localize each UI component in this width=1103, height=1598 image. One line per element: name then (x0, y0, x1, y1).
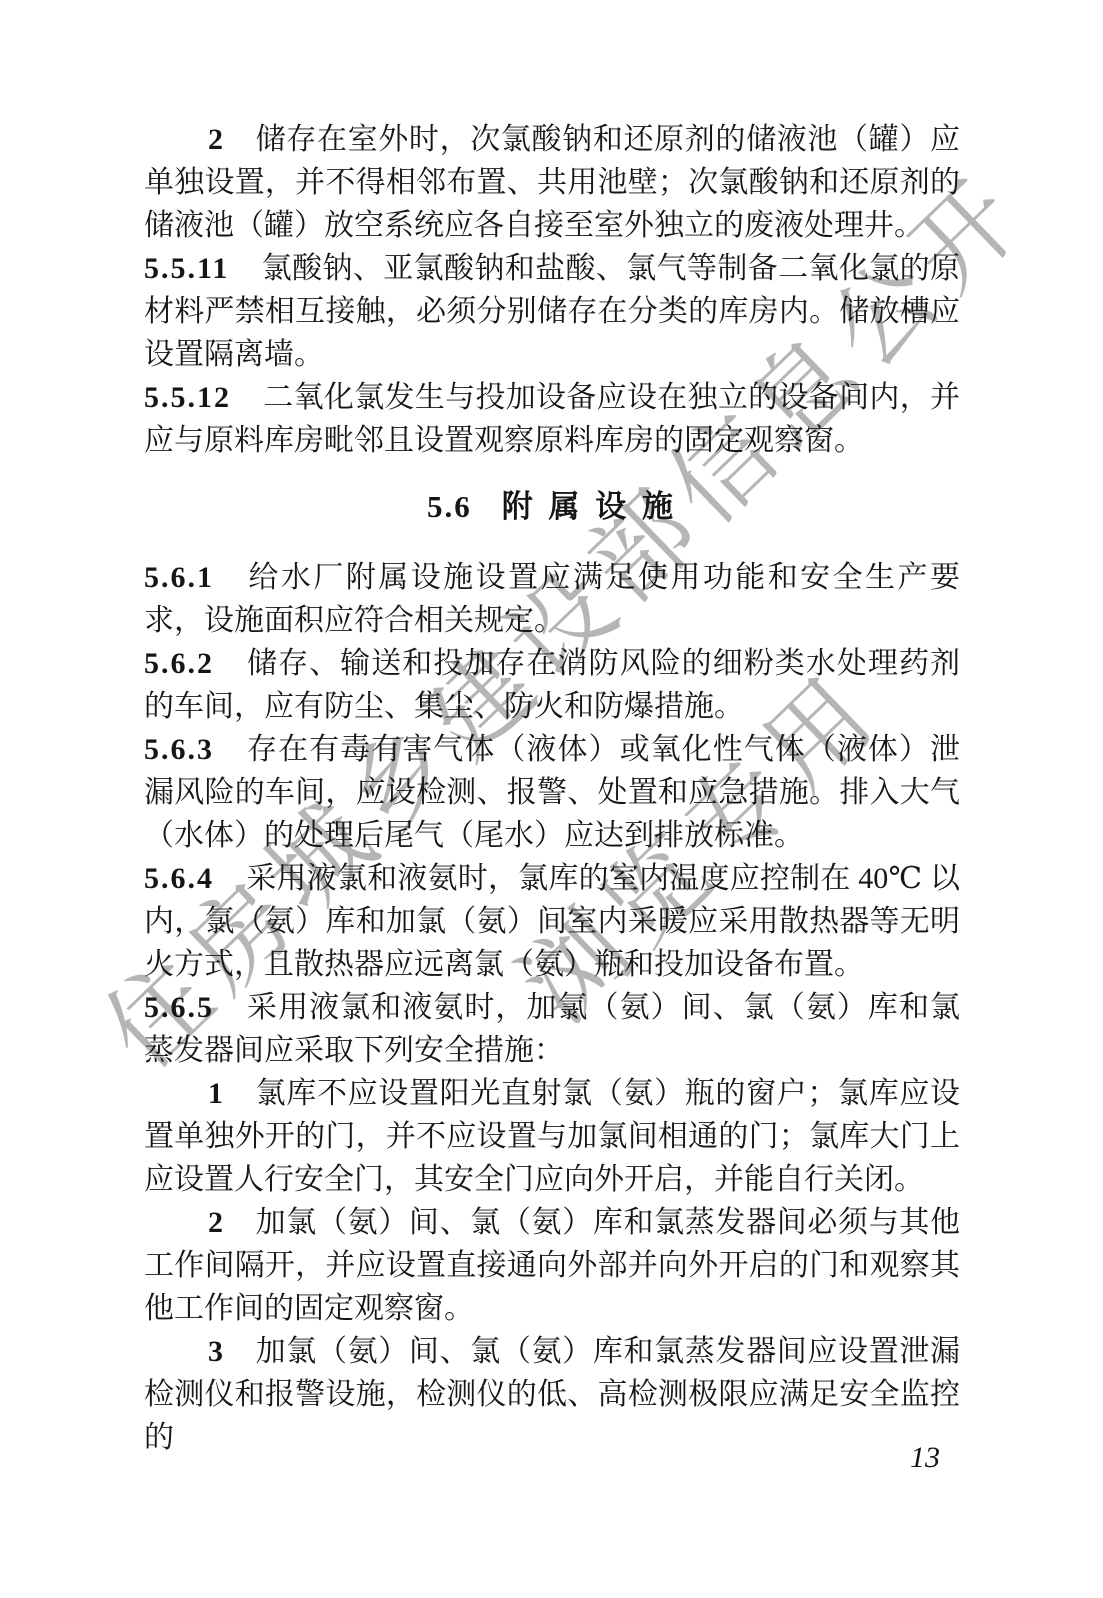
item-text: 采用液氯和液氨时，加氯（氨）间、氯（氨）库和氯蒸发器间应采取下列安全措施： (144, 991, 960, 1067)
clause-paragraph: 5.6.5采用液氯和液氨时，加氯（氨）间、氯（氨）库和氯蒸发器间应采取下列安全措… (144, 986, 960, 1072)
item-number: 5.6.2 (144, 647, 214, 680)
item-number: 5.6.3 (144, 733, 214, 766)
clause-paragraph: 5.5.11氯酸钠、亚氯酸钠和盐酸、氯气等制备二氧化氯的原材料严禁相互接触，必须… (144, 247, 960, 376)
text-block: 2储存在室外时，次氯酸钠和还原剂的储液池（罐）应单独设置，并不得相邻布置、共用池… (144, 118, 960, 1459)
list-item-paragraph: 3加氯（氨）间、氯（氨）库和氯蒸发器间应设置泄漏检测仪和报警设施，检测仪的低、高… (144, 1330, 960, 1459)
page-number: 13 (910, 1441, 940, 1475)
item-number: 2 (208, 1206, 223, 1239)
item-text: 氯酸钠、亚氯酸钠和盐酸、氯气等制备二氧化氯的原材料严禁相互接触，必须分别储存在分… (144, 252, 960, 371)
section-heading: 5.6附 属 设 施 (144, 485, 960, 528)
item-text: 存在有毒有害气体（液体）或氧化性气体（液体）泄漏风险的车间，应设检测、报警、处置… (144, 733, 960, 852)
item-number: 5.6.5 (144, 991, 214, 1024)
item-text: 储存在室外时，次氯酸钠和还原剂的储液池（罐）应单独设置，并不得相邻布置、共用池壁… (144, 123, 960, 242)
item-number: 5.6.1 (144, 561, 214, 594)
clause-paragraph: 5.6.4采用液氯和液氨时，氯库的室内温度应控制在 40℃ 以内，氯（氨）库和加… (144, 857, 960, 986)
item-text: 加氯（氨）间、氯（氨）库和氯蒸发器间必须与其他工作间隔开，并应设置直接通向外部并… (144, 1206, 960, 1325)
item-text: 给水厂附属设施设置应满足使用功能和安全生产要求，设施面积应符合相关规定。 (144, 561, 960, 637)
clause-paragraph: 5.6.3存在有毒有害气体（液体）或氧化性气体（液体）泄漏风险的车间，应设检测、… (144, 728, 960, 857)
item-text: 二氧化氯发生与投加设备应设在独立的设备间内，并应与原料库房毗邻且设置观察原料库房… (144, 381, 960, 457)
item-number: 5.5.11 (144, 252, 229, 285)
item-number: 3 (208, 1335, 223, 1368)
clause-paragraph: 5.6.1给水厂附属设施设置应满足使用功能和安全生产要求，设施面积应符合相关规定… (144, 556, 960, 642)
list-item-paragraph: 2加氯（氨）间、氯（氨）库和氯蒸发器间必须与其他工作间隔开，并应设置直接通向外部… (144, 1201, 960, 1330)
section-heading-title: 附 属 设 施 (502, 489, 677, 524)
clause-paragraph: 5.5.12二氧化氯发生与投加设备应设在独立的设备间内，并应与原料库房毗邻且设置… (144, 376, 960, 462)
list-item-paragraph: 1氯库不应设置阳光直射氯（氨）瓶的窗户；氯库应设置单独外开的门，并不应设置与加氯… (144, 1072, 960, 1201)
list-item-paragraph: 2储存在室外时，次氯酸钠和还原剂的储液池（罐）应单独设置，并不得相邻布置、共用池… (144, 118, 960, 247)
clause-paragraph: 5.6.2储存、输送和投加存在消防风险的细粉类水处理药剂的车间，应有防尘、集尘、… (144, 642, 960, 728)
document-page: 住房城乡建设部信息公开 浏览专用 2储存在室外时，次氯酸钠和还原剂的储液池（罐）… (0, 0, 1103, 1598)
item-number: 2 (208, 123, 223, 156)
item-text: 氯库不应设置阳光直射氯（氨）瓶的窗户；氯库应设置单独外开的门，并不应设置与加氯间… (144, 1077, 960, 1196)
item-text: 储存、输送和投加存在消防风险的细粉类水处理药剂的车间，应有防尘、集尘、防火和防爆… (144, 647, 960, 723)
item-text: 采用液氯和液氨时，氯库的室内温度应控制在 40℃ 以内，氯（氨）库和加氯（氨）间… (144, 862, 960, 981)
item-number: 5.5.12 (144, 381, 231, 414)
item-number: 1 (208, 1077, 223, 1110)
item-text: 加氯（氨）间、氯（氨）库和氯蒸发器间应设置泄漏检测仪和报警设施，检测仪的低、高检… (144, 1335, 960, 1454)
section-heading-number: 5.6 (427, 489, 472, 524)
item-number: 5.6.4 (144, 862, 214, 895)
